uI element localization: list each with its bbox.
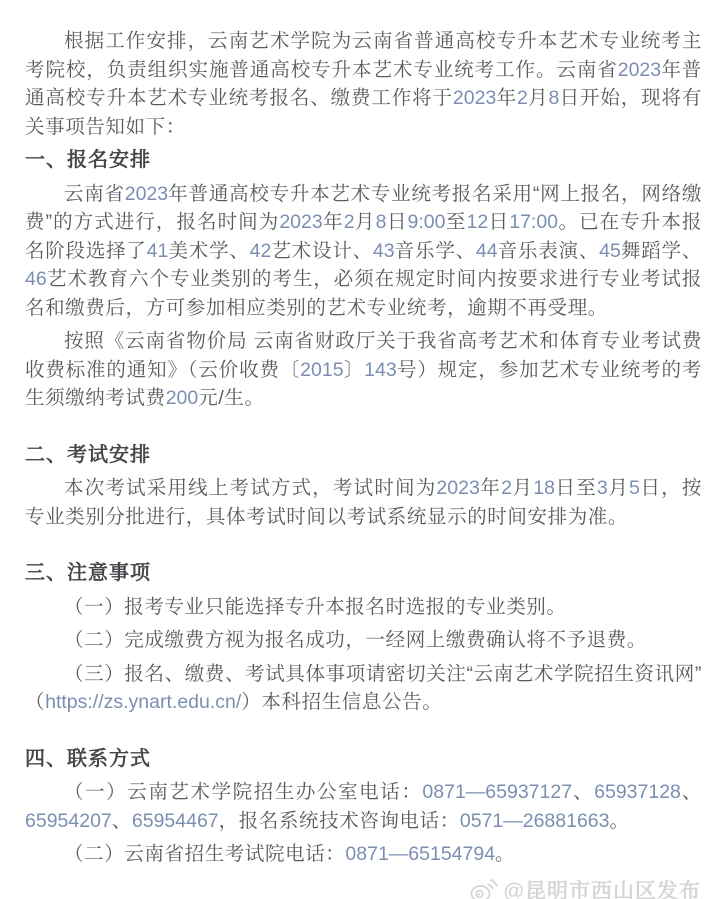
numeric-text: 65954467	[132, 810, 219, 832]
numeric-text: 46	[25, 268, 47, 290]
text-segment: 音乐学、	[395, 240, 476, 262]
text-segment: 、	[681, 781, 702, 803]
paragraph: 云南省2023年普通高校专升本艺术专业统考报名采用“网上报名，网络缴费”的方式进…	[25, 180, 702, 323]
section-heading: 二、考试安排	[25, 441, 702, 470]
numeric-text: 0571—26881663	[460, 810, 610, 832]
numeric-text: 2	[501, 477, 512, 499]
watermark-text: @昆明市西山区发布	[504, 875, 701, 899]
numeric-text: 9:00	[408, 211, 446, 233]
section-heading: 一、报名安排	[25, 146, 702, 175]
numeric-text: 45	[599, 240, 621, 262]
text-segment: （二）完成缴费方视为报名成功，一经网上缴费确认将不予退费。	[64, 629, 647, 651]
paragraph: 本次考试采用线上考试方式，考试时间为2023年2月18日至3月5日，按专业类别分…	[25, 474, 702, 531]
text-segment: 本次考试采用线上考试方式，考试时间为	[64, 477, 436, 499]
announcement-document: 根据工作安排，云南艺术学院为云南省普通高校专升本艺术专业统考主考院校，负责组织实…	[0, 0, 727, 899]
paragraph: 根据工作安排，云南艺术学院为云南省普通高校专升本艺术专业统考主考院校，负责组织实…	[25, 27, 702, 141]
page: { "page": { "colors": { "text": "#585a5e…	[0, 0, 727, 899]
numeric-text: 17:00	[509, 211, 558, 233]
numeric-text: 8	[376, 211, 387, 233]
text-segment: 、	[572, 781, 594, 803]
text-segment: 舞蹈学、	[621, 240, 702, 262]
numeric-text: 65937128	[594, 781, 681, 803]
text-segment: （一）云南艺术学院招生办公室电话：	[64, 781, 422, 803]
section-heading: 三、注意事项	[25, 559, 702, 588]
numeric-text: 2	[344, 211, 355, 233]
paragraph: （二）完成缴费方视为报名成功，一经网上缴费确认将不予退费。	[25, 626, 702, 655]
text-segment: ）本科招生信息公告。	[241, 691, 442, 713]
numeric-text: 3	[597, 477, 608, 499]
text-segment: 月	[608, 477, 629, 499]
text-segment: （一）报考专业只能选择专升本报名时选报的专业类别。	[64, 596, 567, 618]
paragraph: 按照《云南省物价局 云南省财政厅关于我省高考艺术和体育专业考试费收费标准的通知》…	[25, 327, 702, 413]
text-segment: 月	[528, 87, 549, 109]
numeric-text: 0871—65937127	[422, 781, 572, 803]
numeric-text: 2015	[300, 359, 343, 381]
text-segment: 。	[495, 843, 515, 865]
text-segment: ，报名系统技术咨询电话：	[219, 810, 460, 832]
text-segment: 根据工作安排，云南艺术学院为云南省普通高校专升本艺术专业统考主考院校，负责组织实…	[25, 30, 702, 81]
text-segment: 音乐表演、	[498, 240, 600, 262]
text-segment: 、	[112, 810, 132, 832]
text-segment: 艺术设计、	[271, 240, 373, 262]
numeric-text: 41	[147, 240, 169, 262]
paragraph: （三）报名、缴费、考试具体事项请密切关注“云南艺术学院招生资讯网”（https:…	[25, 660, 702, 717]
text-segment: 〕	[344, 359, 365, 381]
numeric-text: 8	[548, 87, 559, 109]
watermark: @昆明市西山区发布	[25, 875, 702, 899]
numeric-text: 65954207	[25, 810, 112, 832]
text-segment: 元/生。	[198, 387, 264, 409]
numeric-text: 2023	[125, 183, 168, 205]
text-segment: 云南省	[64, 183, 125, 205]
text-segment: 日至	[555, 477, 597, 499]
section-heading: 四、联系方式	[25, 745, 702, 774]
text-segment: 日	[488, 211, 509, 233]
numeric-text: 0871—65154794	[345, 843, 495, 865]
text-segment: 月	[355, 211, 376, 233]
numeric-text: 200	[166, 387, 199, 409]
numeric-text: 42	[250, 240, 272, 262]
text-segment: 年	[323, 211, 344, 233]
text-segment: 年	[480, 477, 501, 499]
paragraph: （二）云南省招生考试院电话：0871—65154794。	[25, 840, 702, 869]
numeric-text[interactable]: https://zs.ynart.edu.cn/	[45, 691, 241, 713]
text-segment: 年	[496, 87, 517, 109]
numeric-text: 18	[533, 477, 555, 499]
numeric-text: 43	[373, 240, 395, 262]
numeric-text: 12	[467, 211, 489, 233]
text-segment: 美术学、	[168, 240, 249, 262]
text-segment: （二）云南省招生考试院电话：	[64, 843, 345, 865]
numeric-text: 2023	[618, 59, 661, 81]
numeric-text: 2023	[436, 477, 479, 499]
paragraph: （一）云南艺术学院招生办公室电话：0871—65937127、65937128、…	[25, 778, 702, 835]
numeric-text: 44	[476, 240, 498, 262]
text-segment: 至	[445, 211, 466, 233]
numeric-text: 2023	[453, 87, 496, 109]
weibo-icon	[469, 876, 499, 899]
document-body: 根据工作安排，云南艺术学院为云南省普通高校专升本艺术专业统考主考院校，负责组织实…	[25, 27, 702, 869]
numeric-text: 2023	[279, 211, 322, 233]
numeric-text: 143	[364, 359, 397, 381]
numeric-text: 2	[517, 87, 528, 109]
text-segment: 日	[386, 211, 407, 233]
text-segment: 月	[512, 477, 533, 499]
text-segment: 艺术教育六个专业类别的考生，必须在规定时间内按要求进行专业考试报名和缴费后，方可…	[25, 268, 702, 319]
paragraph: （一）报考专业只能选择专升本报名时选报的专业类别。	[25, 593, 702, 622]
numeric-text: 5	[629, 477, 640, 499]
text-segment: 。	[609, 810, 629, 832]
